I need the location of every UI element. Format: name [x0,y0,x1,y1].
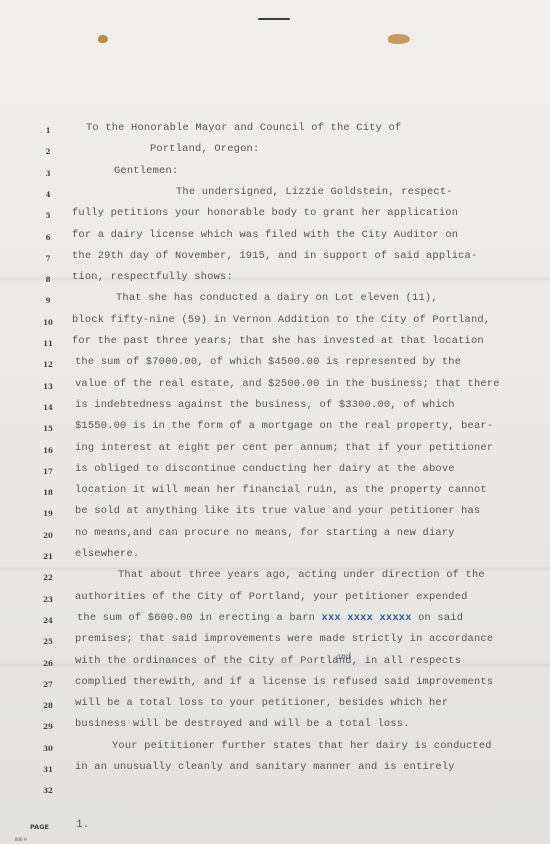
text-line: the 29th day of November, 1915, and in s… [72,250,477,262]
text-line: The undersigned, Lizzie Goldstein, respe… [176,186,453,198]
line-number: 24 [40,616,56,625]
line-number: 3 [40,169,56,178]
text-line: premises; that said improvements were ma… [75,633,493,645]
text-line: To the Honorable Mayor and Council of th… [86,122,401,134]
text-line: block fifty-nine (59) in Vernon Addition… [72,314,490,326]
line-number: 9 [40,296,56,305]
line-number: 16 [40,446,56,455]
text-line: elsewhere. [75,548,139,560]
text-line: for the past three years; that she has i… [72,335,484,347]
line-number: 8 [40,275,56,284]
handwritten-insertion: and [336,652,351,661]
line-number: 6 [40,233,56,242]
form-code: 806 H [15,837,27,842]
line-number: 4 [40,190,56,199]
text-line: with the ordinances of the City of Portl… [75,655,461,667]
text-line: in an unusually cleanly and sanitary man… [75,761,455,773]
text-line: tion, respectfully shows: [72,271,233,283]
line-number: 11 [40,339,56,348]
line-number: 27 [40,680,56,689]
document-page: 1To the Honorable Mayor and Council of t… [0,0,550,844]
text-line: Gentlemen: [114,165,178,177]
text-line: That about three years ago, acting under… [118,569,485,581]
line-number: 19 [40,509,56,518]
text-line: for a dairy license which was filed with… [72,229,458,241]
text-line: will be a total loss to your petitioner,… [75,697,448,709]
struck-out-text: xxx xxxx xxxxx [322,612,412,624]
line-number: 23 [40,595,56,604]
line-number: 28 [40,701,56,710]
line-number: 21 [40,552,56,561]
text-line: fully petitions your honorable body to g… [72,207,458,219]
line-number: 22 [40,573,56,582]
line-number: 12 [40,360,56,369]
page-label: PAGE [30,823,49,831]
line-number: 32 [40,786,56,795]
punch-hole [98,35,108,43]
line-number: 29 [40,722,56,731]
line-number: 17 [40,467,56,476]
text-line: That she has conducted a dairy on Lot el… [116,292,438,304]
line-number: 26 [40,659,56,668]
line-number: 5 [40,211,56,220]
text-line: Portland, Oregon: [150,143,259,155]
line-number: 1 [40,126,56,135]
page-number: 1. [76,819,89,831]
text-line: location it will mean her financial ruin… [75,484,487,496]
text-line: authorities of the City of Portland, you… [75,591,468,603]
staple-mark [258,18,290,20]
line-number: 10 [40,318,56,327]
text-line: value of the real estate, and $2500.00 i… [75,378,500,390]
line-number: 13 [40,382,56,391]
punch-hole [388,34,410,44]
text-line: ing interest at eight per cent per annum… [75,442,493,454]
text-line: is indebtedness against the business, of… [75,399,455,411]
line-number: 25 [40,637,56,646]
text-line: business will be destroyed and will be a… [75,718,410,730]
line-number: 31 [40,765,56,774]
line-number: 30 [40,744,56,753]
text-line: the sum of $600.00 in erecting a barn xx… [77,612,463,624]
line-number: 2 [40,147,56,156]
line-number: 18 [40,488,56,497]
line-number: 20 [40,531,56,540]
line-number: 7 [40,254,56,263]
text-line: be sold at anything like its true value … [75,505,480,517]
text-line: the sum of $7000.00, of which $4500.00 i… [75,356,461,368]
text-line: complied therewith, and if a license is … [75,676,493,688]
text-line: no means,and can procure no means, for s… [75,527,455,539]
text-line: Your peititioner further states that her… [112,740,492,752]
text-line: $1550.00 is in the form of a mortgage on… [75,420,493,432]
line-number: 14 [40,403,56,412]
text-line: is obliged to discontinue conducting her… [75,463,455,475]
line-number: 15 [40,424,56,433]
